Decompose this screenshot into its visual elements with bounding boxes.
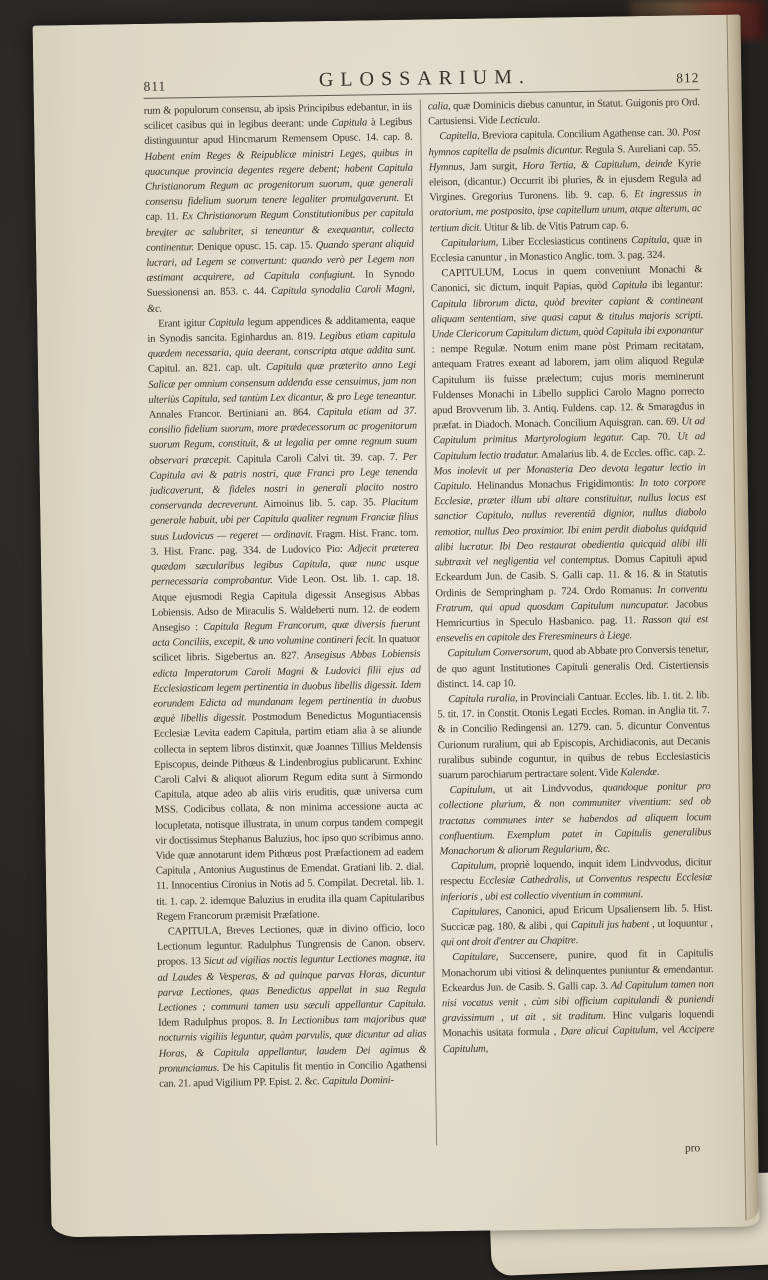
paragraph: Capitulum, ut ait Lindvvodus, quandoque … <box>438 779 711 859</box>
photo-background: 811 GLOSSARIUM. 812 rum & populorum cons… <box>0 0 768 1280</box>
right-column: calia, quæ Dominicis diebus canuntur, in… <box>428 95 716 1145</box>
paragraph: CAPITULA, Breves Lectiones, quæ in divin… <box>157 921 428 1092</box>
page-fore-edge <box>726 15 759 1221</box>
paragraph: Capitulares, Canonici, apud Ericum Upsal… <box>440 901 713 951</box>
paragraph: Erant igitur Capitula legum appendices &… <box>147 313 425 925</box>
paragraph: CAPITULUM, Locus in quem conveniunt Mona… <box>430 262 708 646</box>
left-column: rum & populorum consensu, ab ipsis Princ… <box>144 100 428 1150</box>
paragraph: Capitulum Conversorum, quod ab Abbate pr… <box>436 642 709 692</box>
paragraph: Capitella, Breviora capitula. Concilium … <box>428 126 702 237</box>
paragraph: Capitularium, Liber Ecclesiasticus conti… <box>430 232 702 267</box>
folio-number-left: 811 <box>143 78 203 95</box>
paragraph: calia, quæ Dominicis diebus canuntur, in… <box>428 95 700 130</box>
paragraph: Capitulum, propriè loquendo, inquit idem… <box>440 855 713 905</box>
book-page: 811 GLOSSARIUM. 812 rum & populorum cons… <box>33 15 760 1238</box>
text-columns: rum & populorum consensu, ab ipsis Princ… <box>144 95 716 1150</box>
page-title: GLOSSARIUM. <box>203 64 639 94</box>
page-content: 811 GLOSSARIUM. 812 rum & populorum cons… <box>143 63 716 1163</box>
paragraph: rum & populorum consensu, ab ipsis Princ… <box>144 100 415 317</box>
folio-number-right: 812 <box>639 70 699 87</box>
paragraph: Capitulare, Succensere, punire, quod fit… <box>441 946 715 1057</box>
paragraph: Capitula ruralia, in Provinciali Cantuar… <box>437 688 710 783</box>
